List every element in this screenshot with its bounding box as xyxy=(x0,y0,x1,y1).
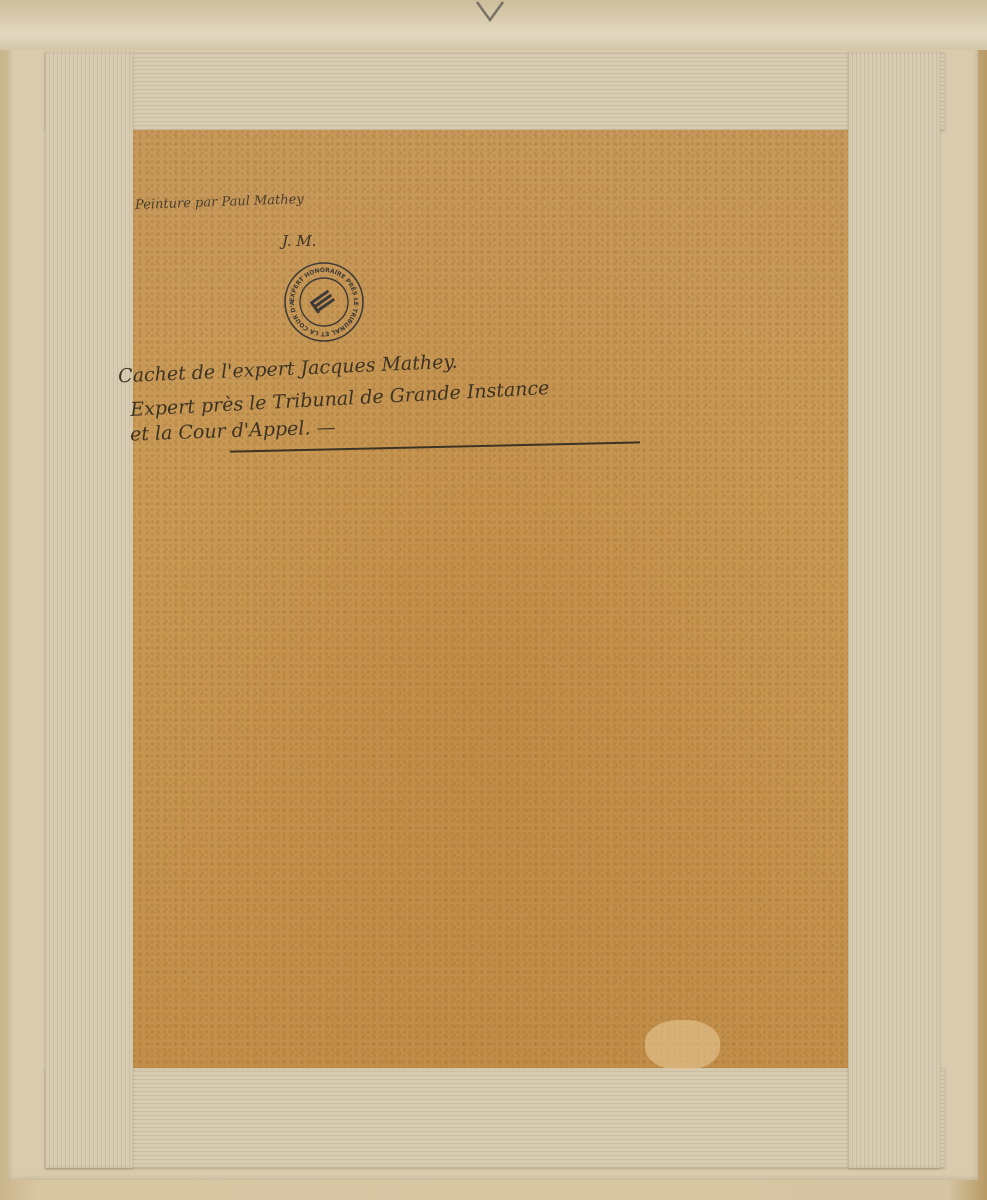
tape-right xyxy=(848,52,940,1168)
tape-bottom xyxy=(45,1068,945,1168)
hanger-hook-icon xyxy=(473,0,507,24)
tape-left xyxy=(45,52,133,1168)
expert-stamp-icon: EXPERT HONORAIRE PRÈS LE TRIBUNAL ET LA … xyxy=(282,260,366,344)
paper-stain xyxy=(645,1020,720,1070)
tape-top xyxy=(45,52,945,130)
initials: J. M. xyxy=(282,232,317,250)
fiberboard-panel xyxy=(133,130,848,1068)
